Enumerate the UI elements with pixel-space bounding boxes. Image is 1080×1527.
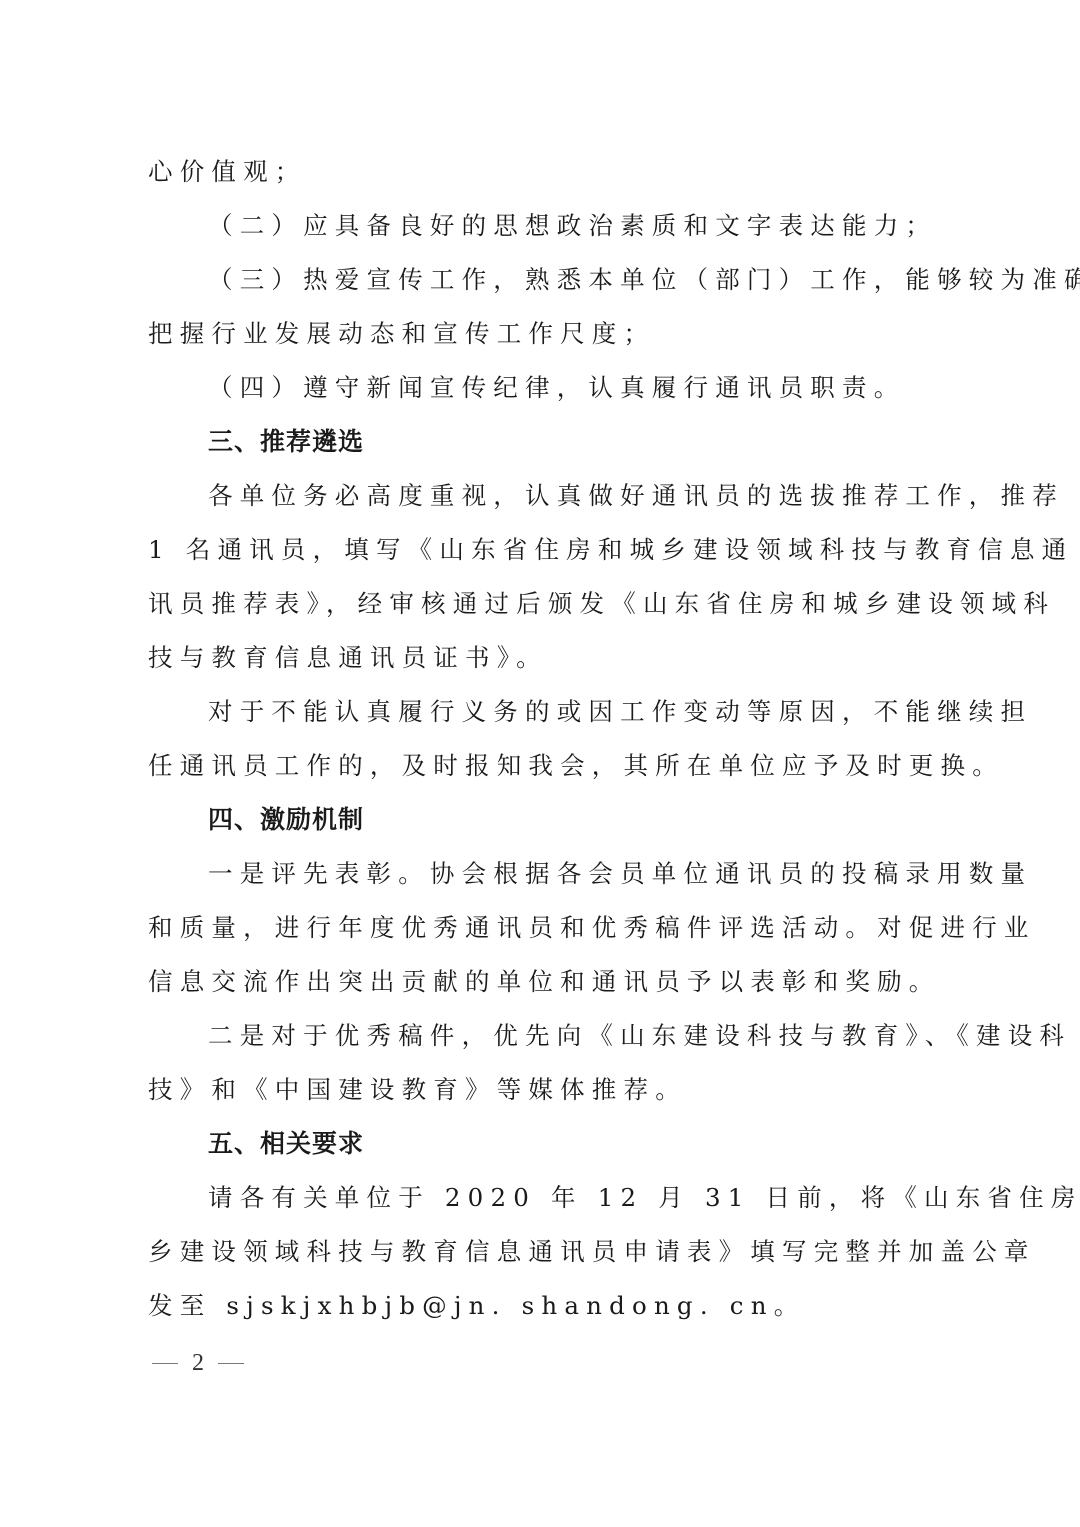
text-line: 讯员推荐表》，经审核通过后颁发《山东省住房和城乡建设领域科: [148, 577, 948, 631]
text-line: 技与教育信息通讯员证书》。: [148, 631, 948, 685]
document-page-body: 心价值观；（二）应具备良好的思想政治素质和文字表达能力；（三）热爱宣传工作，熟悉…: [148, 145, 948, 1333]
text-line: 一是评先表彰。协会根据各会员单位通讯员的投稿录用数量: [148, 847, 948, 901]
section-heading: 四、激励机制: [148, 793, 948, 847]
text-line: 请各有关单位于 2020 年 12 月 31 日前，将《山东省住房和城: [148, 1171, 948, 1225]
text-line: （三）热爱宣传工作，熟悉本单位（部门）工作，能够较为准确地: [148, 253, 948, 307]
text-line: （二）应具备良好的思想政治素质和文字表达能力；: [148, 199, 948, 253]
footer-dash-right: [218, 1363, 244, 1364]
text-line: 任通讯员工作的，及时报知我会，其所在单位应予及时更换。: [148, 739, 948, 793]
text-line: 1 名通讯员，填写《山东省住房和城乡建设领域科技与教育信息通: [148, 523, 948, 577]
text-line: 心价值观；: [148, 145, 948, 199]
page-number: 2: [192, 1350, 204, 1377]
section-heading: 五、相关要求: [148, 1117, 948, 1171]
section-heading: 三、推荐遴选: [148, 415, 948, 469]
text-line: 乡建设领域科技与教育信息通讯员申请表》填写完整并加盖公章: [148, 1225, 948, 1279]
page-number-footer: 2: [152, 1350, 244, 1377]
text-line: 技》和《中国建设教育》等媒体推荐。: [148, 1063, 948, 1117]
text-line: 和质量，进行年度优秀通讯员和优秀稿件评选活动。对促进行业: [148, 901, 948, 955]
text-line: 信息交流作出突出贡献的单位和通讯员予以表彰和奖励。: [148, 955, 948, 1009]
text-line: 发至 sjskjxhbjb@jn. shandong. cn。: [148, 1279, 948, 1333]
footer-dash-left: [152, 1363, 178, 1364]
text-line: 各单位务必高度重视，认真做好通讯员的选拔推荐工作，推荐: [148, 469, 948, 523]
text-line: 二是对于优秀稿件，优先向《山东建设科技与教育》、《建设科: [148, 1009, 948, 1063]
text-line: （四）遵守新闻宣传纪律，认真履行通讯员职责。: [148, 361, 948, 415]
text-line: 对于不能认真履行义务的或因工作变动等原因，不能继续担: [148, 685, 948, 739]
text-line: 把握行业发展动态和宣传工作尺度；: [148, 307, 948, 361]
